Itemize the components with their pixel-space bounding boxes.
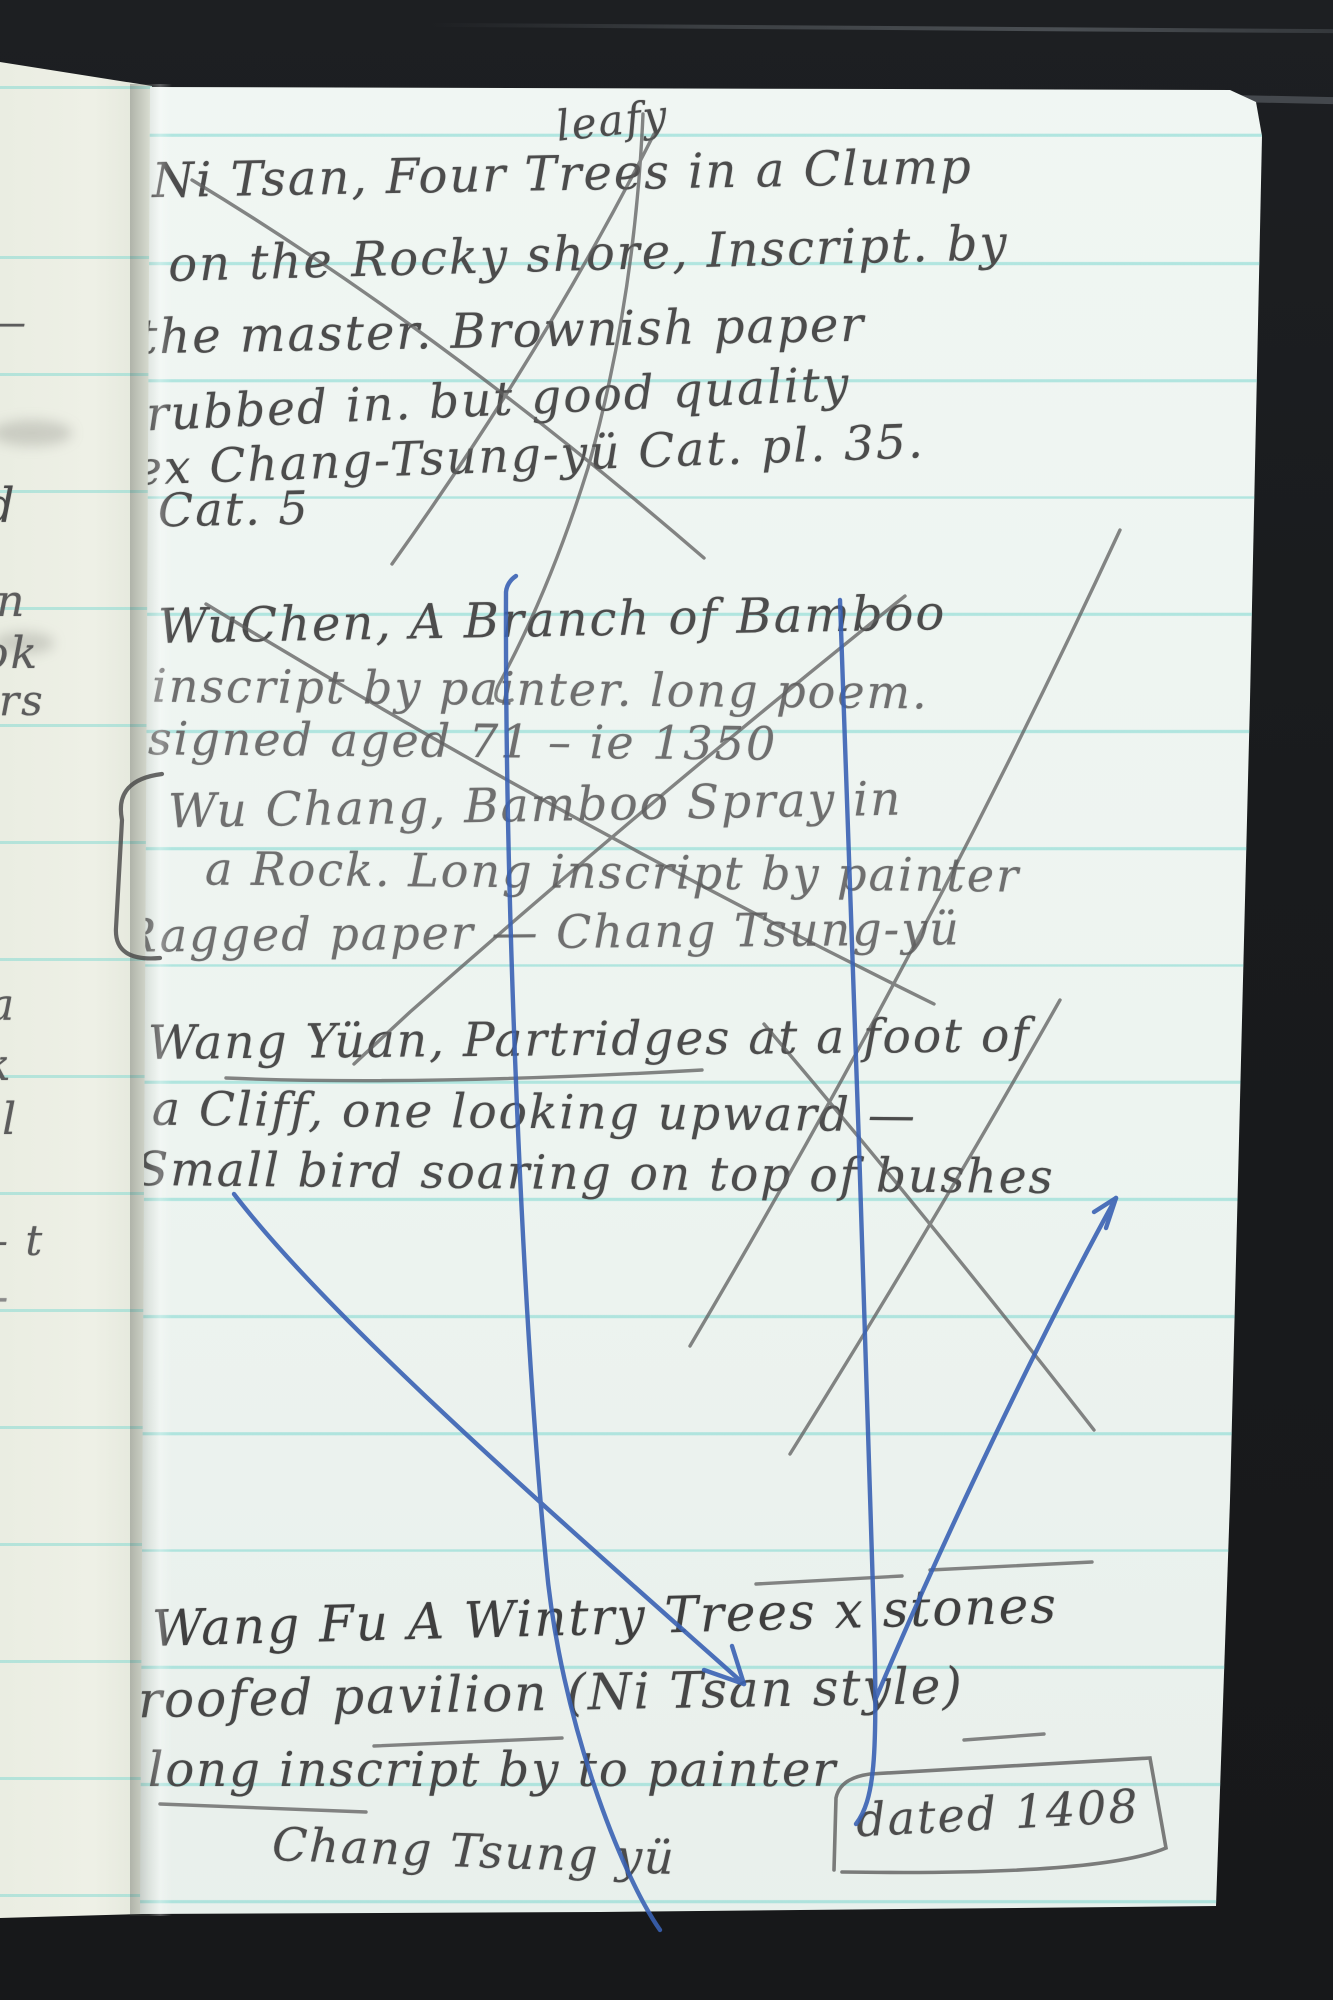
handwriting-line: Ni Tsan, Four Trees in a Clump — [152, 139, 974, 209]
handwriting-line: signed aged 71 – ie 1350 — [148, 711, 778, 770]
left-page-fragment: — — [0, 300, 28, 346]
left-page-fragment: in — [0, 576, 26, 627]
handwriting-line: Ragged paper — Chang Tsung-yü — [122, 901, 961, 962]
background-scratch — [430, 23, 1333, 33]
handwriting-line: the master. Brownish paper — [138, 297, 866, 366]
handwriting-line: Chang Tsung yü — [271, 1817, 676, 1885]
handwriting-line: WuChen, A Branch of Bamboo — [158, 585, 947, 655]
left-page-fragment: - — [0, 1272, 10, 1321]
handwriting-line: a Cliff, one looking upward — — [152, 1082, 917, 1144]
pencil-smudge — [0, 420, 72, 446]
handwriting-line: on the Rocky shore, Inscript. by — [167, 215, 1009, 293]
photographed-notebook-page: — d in ok hrs a k ll — t - leafy Ni Tsan… — [0, 0, 1333, 2000]
notebook-page: leafy Ni Tsan, Four Trees in a Clump on … — [0, 0, 1333, 2000]
handwriting-line: Wu Chang, Bamboo Spray in — [168, 772, 903, 840]
left-page-fragment: ll — [0, 1094, 18, 1145]
handwriting-line: a Rock. Long inscript by painter — [205, 841, 1021, 902]
handwriting-line: Cat. 5 — [158, 481, 311, 538]
handwriting-line: Wang Yüan, Partridges at a foot of — [148, 1008, 1031, 1071]
left-page-fragment: k — [0, 1040, 13, 1091]
left-page-fragment: — t — [0, 1216, 44, 1265]
handwriting-line: roofed pavilion (Ni Tsan style) — [138, 1657, 965, 1729]
left-page-fragment: hrs — [0, 676, 45, 725]
handwriting-line: Small bird soaring on top of bushes — [136, 1142, 1055, 1205]
handwriting-line: inscript by painter. long poem. — [152, 659, 929, 720]
left-page-fragment: d — [0, 478, 17, 534]
handwriting-line-boxed-date: dated 1408 — [855, 1779, 1141, 1848]
left-page-fragment: ok — [0, 628, 39, 679]
handwriting-line: long inscript by to painter — [148, 1742, 837, 1798]
insertion-word: leafy — [554, 90, 671, 151]
left-page-fragment: a — [0, 980, 16, 1031]
handwriting-line: Wang Fu A Wintry Trees x stones — [151, 1576, 1058, 1658]
